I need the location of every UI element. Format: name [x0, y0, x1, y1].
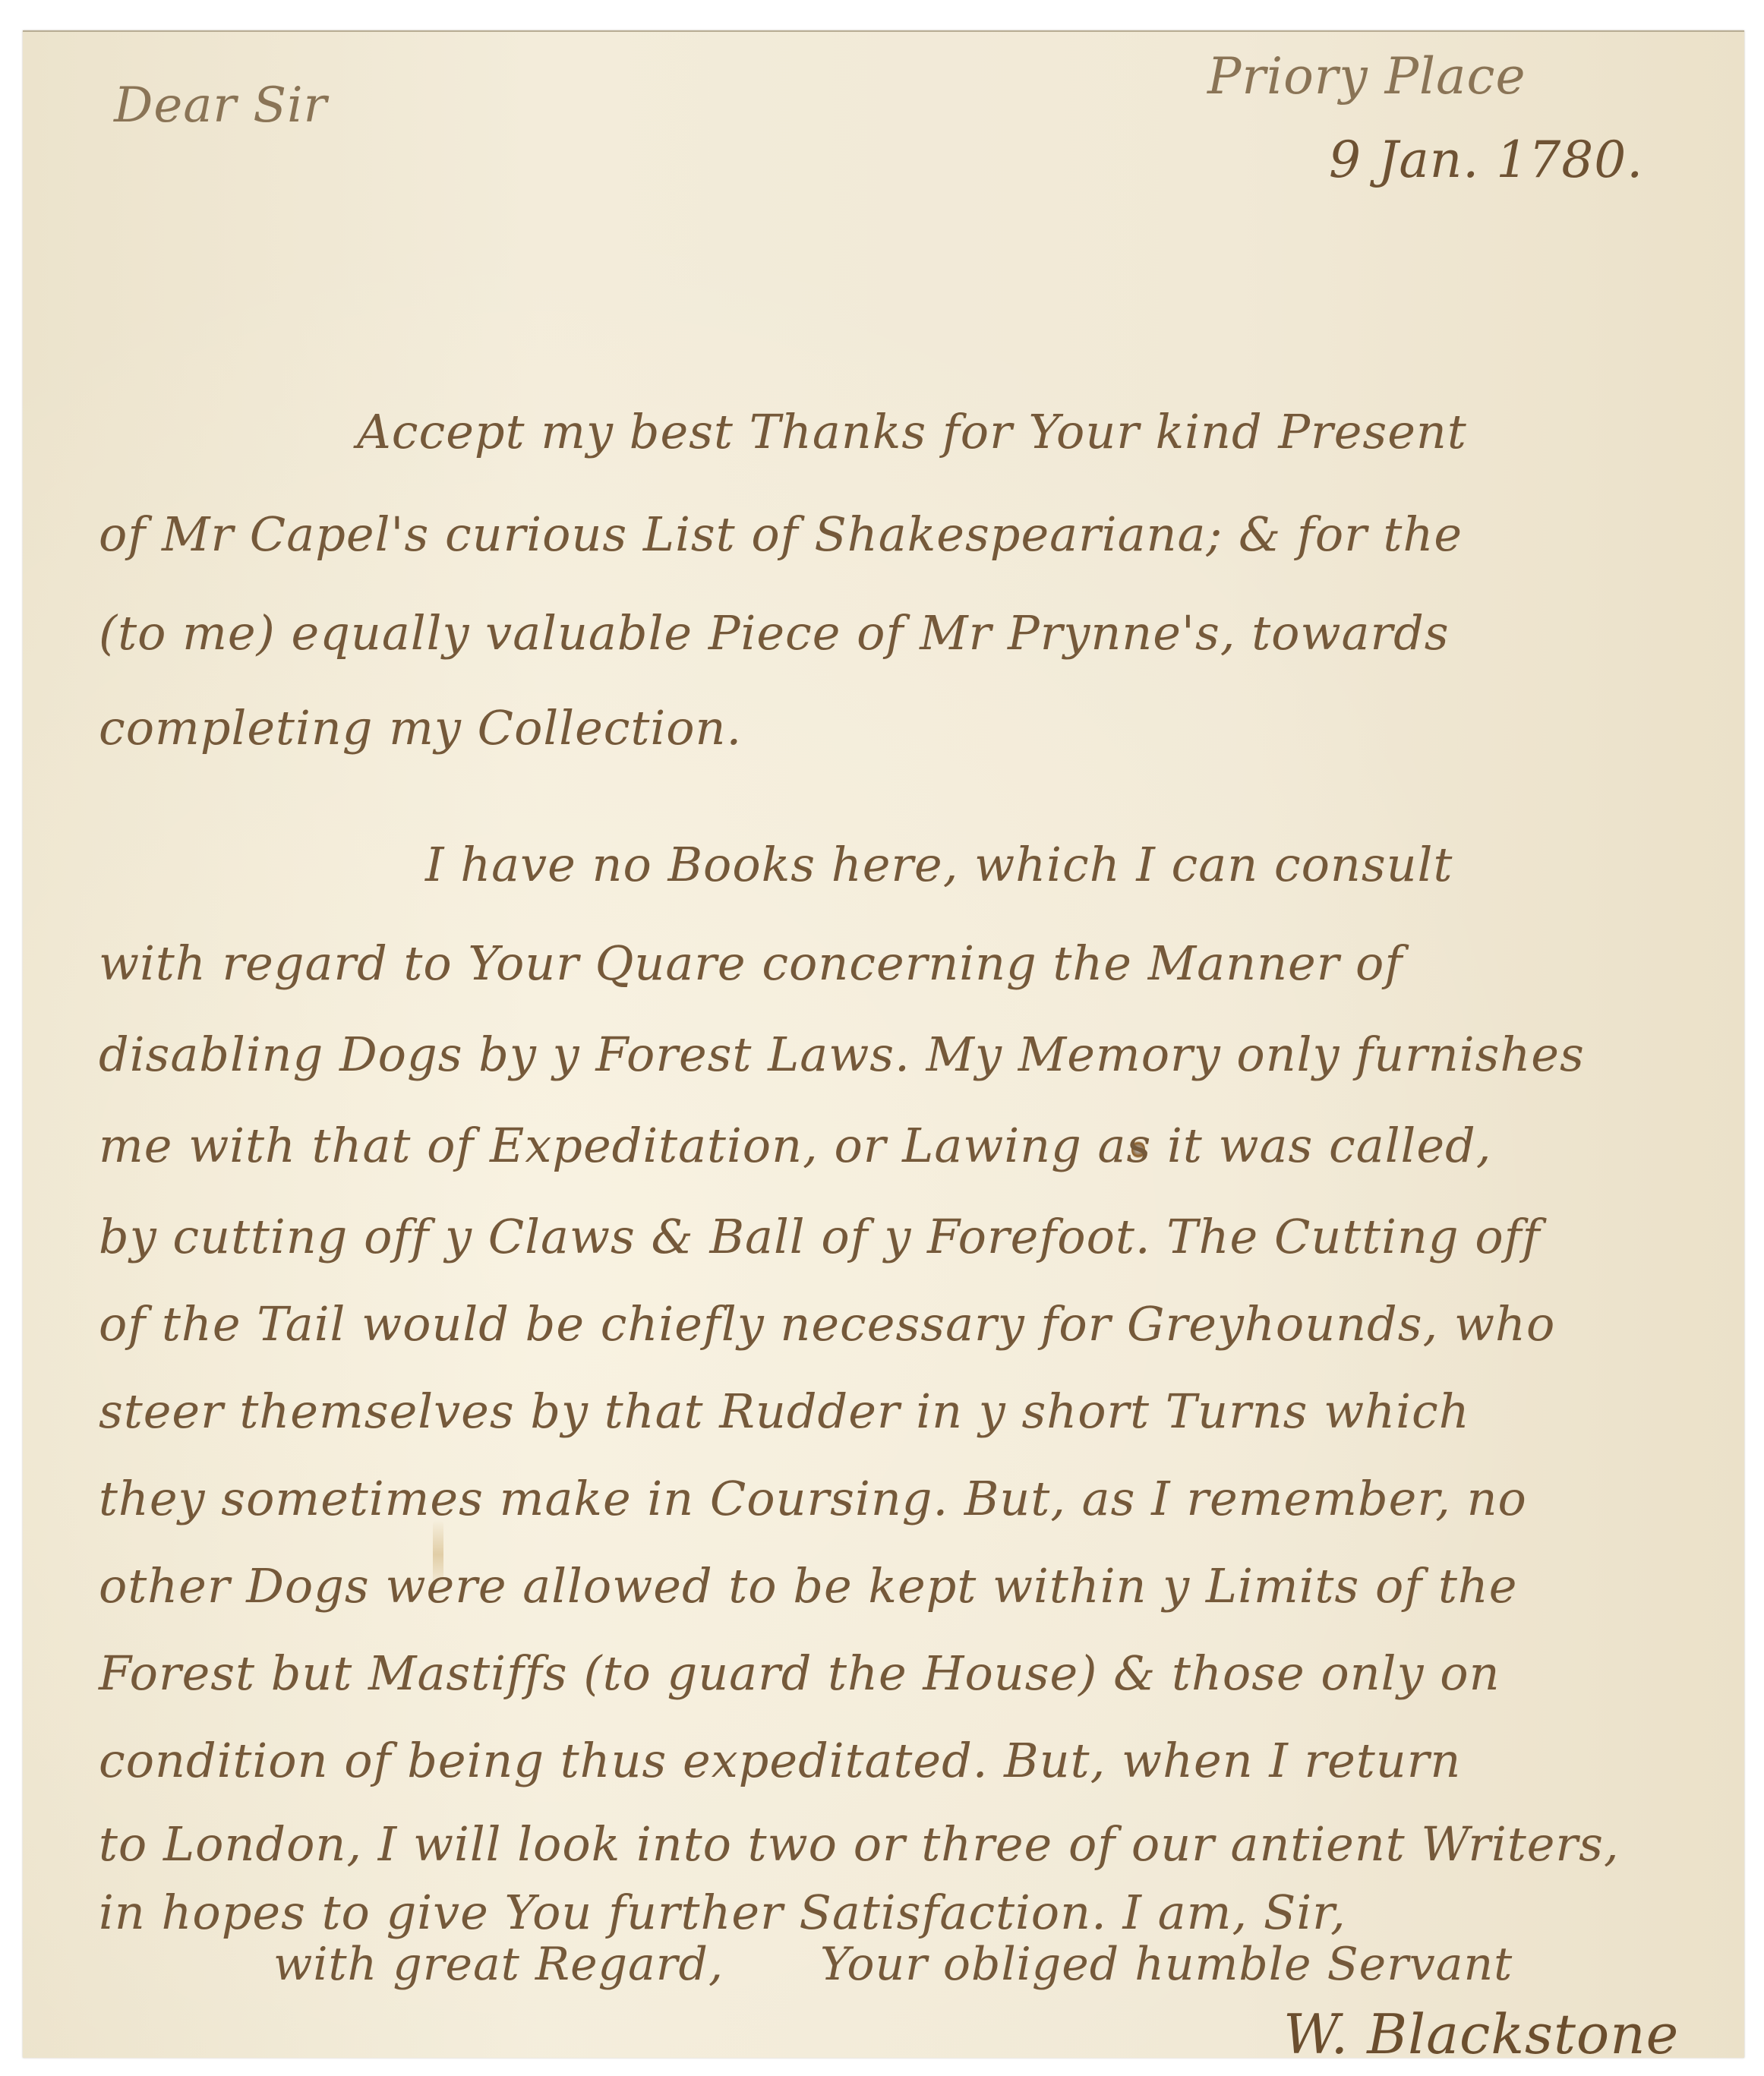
letter-date: 9 Jan. 1780.: [1329, 131, 1643, 189]
body-line-5: I have no Books here, which I can consul…: [425, 837, 1453, 892]
salutation: Dear Sir: [114, 77, 327, 134]
body-line-2: of Mr Capel's curious List of Shakespear…: [99, 506, 1463, 562]
signature: W. Blackstone: [1283, 2002, 1679, 2066]
body-line-14: Forest but Mastiffs (to guard the House)…: [99, 1645, 1501, 1701]
body-line-16: to London, I will look into two or three…: [99, 1816, 1620, 1872]
letter-paper: Dear Sir Priory Place 9 Jan. 1780. Accep…: [23, 30, 1744, 2058]
body-line-13: other Dogs were allowed to be kept withi…: [99, 1558, 1518, 1614]
body-line-7: disabling Dogs by y Forest Laws. My Memo…: [99, 1027, 1585, 1082]
body-line-1: Accept my best Thanks for Your kind Pres…: [357, 404, 1467, 459]
body-line-11: steer themselves by that Rudder in y sho…: [99, 1383, 1470, 1439]
body-line-9: by cutting off y Claws & Ball of y Foref…: [99, 1209, 1541, 1264]
body-line-17: in hopes to give You further Satisfactio…: [99, 1885, 1346, 1940]
body-line-3: (to me) equally valuable Piece of Mr Pry…: [99, 605, 1450, 661]
body-line-10: of the Tail would be chiefly necessary f…: [99, 1296, 1555, 1352]
body-line-6: with regard to Your Quare concerning the…: [99, 935, 1403, 991]
body-line-8: me with that of Expeditation, or Lawing …: [99, 1118, 1491, 1173]
body-line-4: completing my Collection.: [99, 700, 742, 756]
letter-place: Priory Place: [1207, 47, 1526, 106]
body-line-12: they sometimes make in Coursing. But, as…: [99, 1471, 1527, 1526]
closing-regard: with great Regard,: [273, 1938, 724, 1991]
body-line-15: condition of being thus expeditated. But…: [99, 1733, 1461, 1788]
closing-servant: Your obliged humble Servant: [820, 1938, 1513, 1991]
